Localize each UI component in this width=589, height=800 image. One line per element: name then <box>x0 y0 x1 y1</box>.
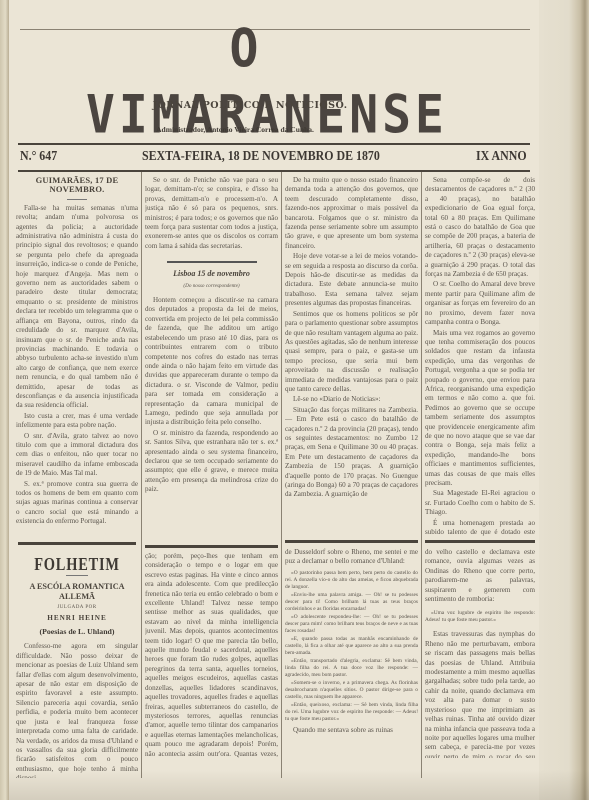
paragraph: Lê-se no «Diario de Noticias»: <box>285 395 418 404</box>
poem-block: «O pastorinho passa bem perto, bem perto… <box>285 570 418 723</box>
paragraph: O sr. ministro da fazenda, respondendo a… <box>145 429 278 495</box>
paragraph: ção; porém, peço-lhes que tenham em cons… <box>145 552 278 758</box>
paragraph: Quando me sentava sobre as ruinas <box>285 726 418 735</box>
poem-stanza: «E, quando passa todas as manhãs encamin… <box>285 636 418 657</box>
paragraph: de Dusseldorf sobre o Rheno, me sentei e… <box>285 548 418 567</box>
paragraph: do velho castello e declamava este roman… <box>425 548 535 604</box>
left-page-edge <box>0 0 9 800</box>
section-heading-guimaraes: GUIMARÃES, 17 DE NOVEMBRO. <box>16 176 138 195</box>
poem-stanza: «Enviu-lhe uma palavra amiga. — Oh! se t… <box>285 592 418 613</box>
folhetim-divider <box>145 545 278 548</box>
column-separator <box>141 172 142 778</box>
folhetim-divider <box>285 540 418 543</box>
paragraph: Estas travessuras das nymphas do Rheno n… <box>425 630 535 758</box>
folhetim-subtitle: (Poesias de L. Uhland) <box>16 627 138 636</box>
column-2-news: Se o snr. de Peniche não vae para o seu … <box>145 176 278 546</box>
folhetim-column-3: de Dusseldorf sobre o Rheno, me sentei e… <box>285 548 418 758</box>
page-bottom-shadow <box>9 770 589 800</box>
paragraph: Confesso-me agora em singular difficulda… <box>16 642 138 778</box>
column-1-news: GUIMARÃES, 17 DE NOVEMBRO. Falla-se ha m… <box>16 174 138 542</box>
folhetim-divider <box>18 542 136 545</box>
poem-stanza: «O adolescente respondeu-lhe: — Oh! se t… <box>285 614 418 635</box>
paragraph: Situação das forças militares na Zambezi… <box>285 406 418 500</box>
masthead-subtitle: JORNAL POLITICO E NOTICIOSO. <box>150 100 350 111</box>
paragraph: O sr. Coelho do Amaral deve breve mente … <box>425 280 535 327</box>
administrator-line: Administrador, Antonio Vieira Correa da … <box>120 125 350 134</box>
poem-stanza: «Somem-se o inverno, e a primavera chega… <box>285 680 418 701</box>
paragraph: Sentimos que os homens politicos se pôr … <box>285 310 418 395</box>
folhetim-column-2: ção; porém, peço-lhes que tenham em cons… <box>145 552 278 758</box>
issue-date: SEXTA-FEIRA, 18 DE NOVEMBRO DE 1870 <box>142 149 380 165</box>
folhetim-divider <box>425 540 535 543</box>
small-divider <box>66 575 88 576</box>
column-3-news: De ha muito que o nosso estado financeir… <box>285 176 418 538</box>
paragraph: O snr. d'Avila, grato talvez ao novo tit… <box>16 432 138 479</box>
paragraph: É uma homenagem prestada ao subido talen… <box>425 519 535 536</box>
paragraph: Hoje deve votar-se a lei de meios votand… <box>285 252 418 308</box>
issue-year: IX ANNO <box>476 149 527 165</box>
header-rule-bottom <box>18 170 530 172</box>
folhetim-article-title: A ESCÓLA ROMANTICA ALLEMÃ <box>16 582 138 601</box>
correspondent-note: (Do nosso correspondente) <box>145 282 278 291</box>
issue-number: N.° 647 <box>20 149 57 165</box>
column-separator <box>281 172 282 778</box>
poem-stanza: «Então, queixoso, exclama: — Sê bem vind… <box>285 702 418 723</box>
header-rule-top <box>18 143 530 145</box>
poem-stanza: «Uma voz lugubre de espirito lhe respond… <box>425 610 535 624</box>
poem-stanza: «O pastorinho passa bem perto, bem perto… <box>285 570 418 591</box>
paragraph: Se o snr. de Peniche não vae para o seu … <box>145 176 278 251</box>
poem-block: «Uma voz lugubre de espirito lhe respond… <box>425 610 535 624</box>
folhetim-column-1: FOLHETIM A ESCÓLA ROMANTICA ALLEMÃ JULGA… <box>16 548 138 778</box>
judged-by-label: JULGADA POR <box>16 603 138 612</box>
paragraph: Sua Magestade El-Rei agraciou o sr. Furt… <box>425 489 535 517</box>
right-page-margin <box>539 0 589 800</box>
paragraph: Sena compõe-se de dois destacamentos de … <box>425 176 535 279</box>
folhetim-column-4: do velho castello e declamava este roman… <box>425 548 535 758</box>
column-separator <box>421 172 422 778</box>
small-divider <box>67 199 87 200</box>
paragraph: De ha muito que o nosso estado financeir… <box>285 176 418 251</box>
paragraph: Mais uma vez rogamos ao governo que tenh… <box>425 329 535 489</box>
paragraph: Isto custa a crer, mas é uma verdade inf… <box>16 412 138 431</box>
folhetim-title: FOLHETIM <box>28 560 126 569</box>
folhetim-author: HENRI HEINE <box>16 614 138 623</box>
paragraph: Falla-se ha muitas semanas n'uma revolta… <box>16 204 138 411</box>
column-4-news: Sena compõe-se de dois destacamentos de … <box>425 176 535 536</box>
section-divider <box>167 261 257 263</box>
poem-stanza: «Então, transportado d'alegria, exclama:… <box>285 658 418 679</box>
section-heading-lisboa: Lisboa 15 de novembro <box>145 269 278 278</box>
paragraph: Hontem começou a discutir-se na camara d… <box>145 296 278 428</box>
paragraph: S. ex.ª promove contra sua guerra de tod… <box>16 480 138 527</box>
